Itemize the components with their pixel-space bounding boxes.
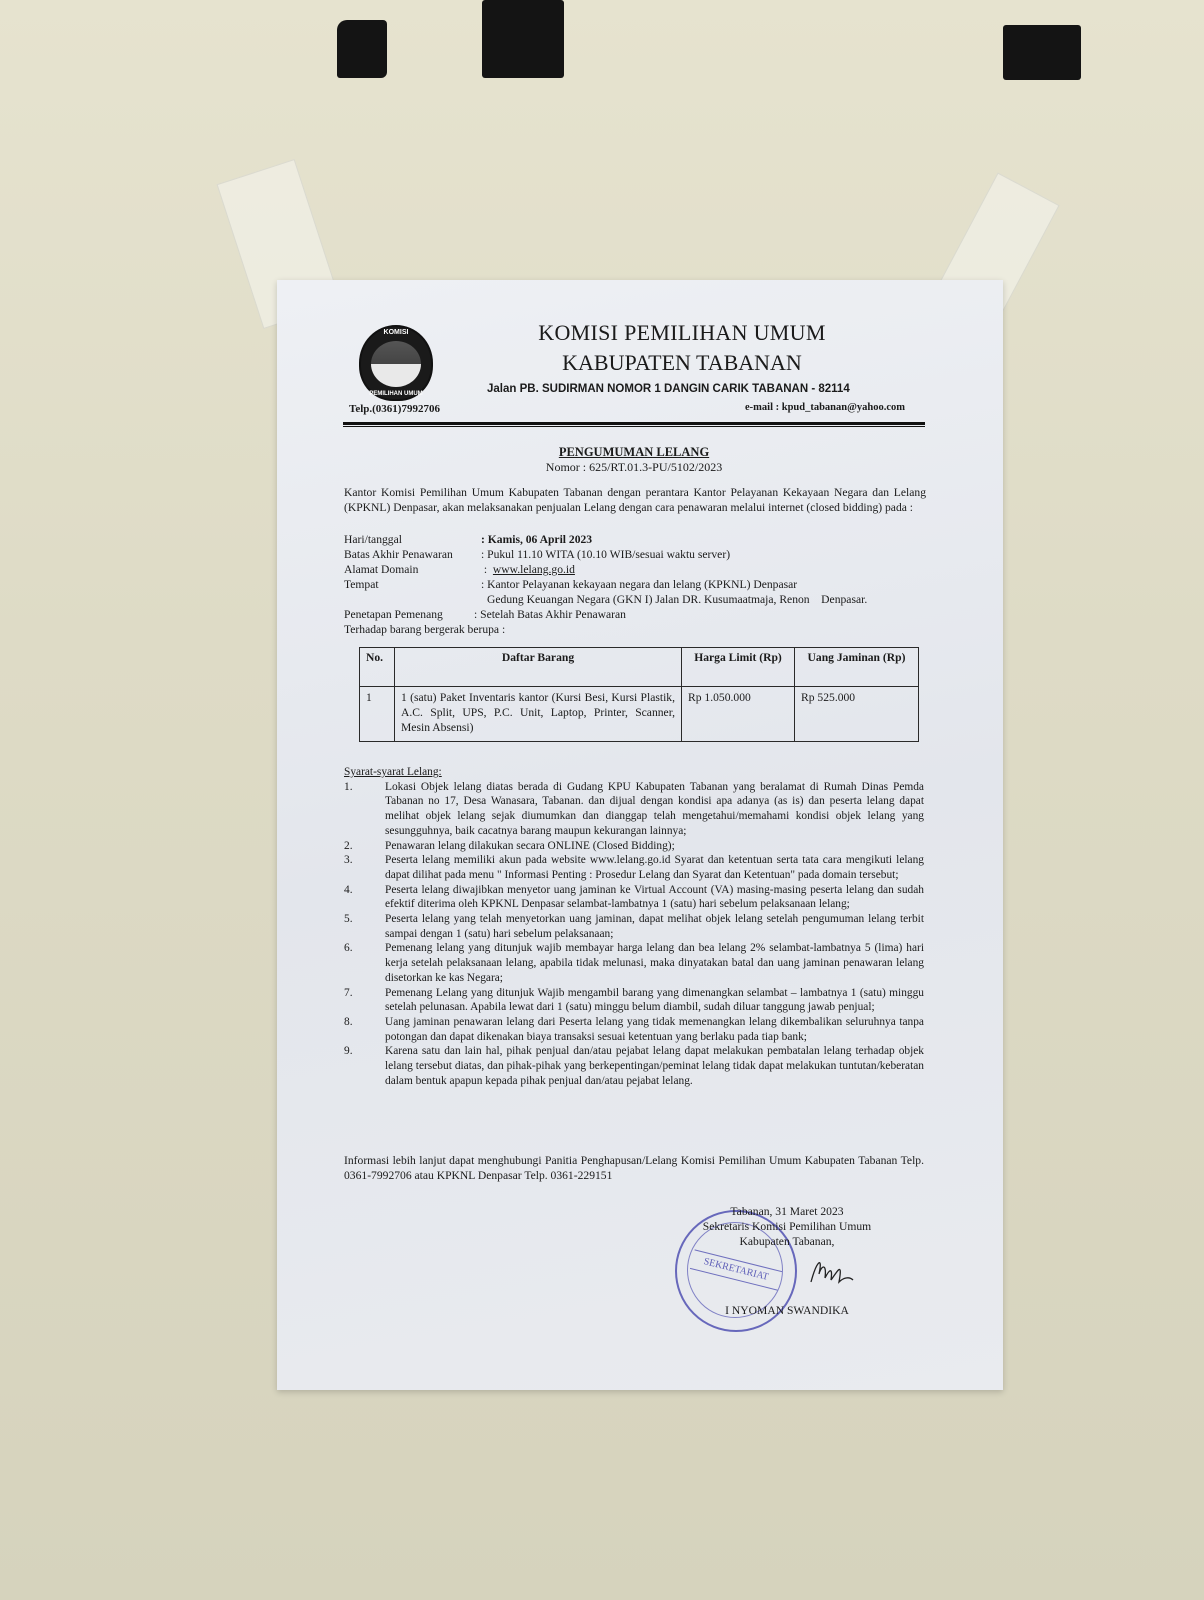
col-limit-price: Harga Limit (Rp)	[682, 648, 795, 687]
black-tape-right	[1003, 25, 1081, 80]
field-place: Tempat : Kantor Pelayanan kekayaan negar…	[344, 577, 944, 607]
col-no: No.	[360, 648, 395, 687]
field-domain: Alamat Domain : www.lelang.go.id	[344, 562, 944, 577]
list-item: 1.Lokasi Objek lelang diatas berada di G…	[344, 780, 924, 839]
org-email: e-mail : kpud_tabanan@yahoo.com	[745, 402, 905, 413]
intro-paragraph: Kantor Komisi Pemilihan Umum Kabupaten T…	[344, 485, 926, 515]
kpu-logo-icon: KOMISI PEMILIHAN UMUM	[359, 325, 433, 401]
org-telp: Telp.(0361)7992706	[349, 403, 440, 415]
domain-link[interactable]: www.lelang.go.id	[493, 563, 575, 576]
sign-place-date: Tabanan, 31 Maret 2023	[667, 1204, 907, 1219]
list-item: 4.Peserta lelang diwajibkan menyetor uan…	[344, 883, 924, 912]
col-items: Daftar Barang	[395, 648, 682, 687]
header-divider	[343, 422, 925, 425]
black-tape-left	[337, 20, 387, 78]
list-item: 3.Peserta lelang memiliki akun pada webs…	[344, 853, 924, 882]
list-item: 5.Peserta lelang yang telah menyetorkan …	[344, 912, 924, 941]
document-number: Nomor : 625/RT.01.3-PU/5102/2023	[343, 460, 925, 475]
terms-heading: Syarat-syarat Lelang:	[344, 765, 924, 780]
list-item: 6.Pemenang lelang yang ditunjuk wajib me…	[344, 941, 924, 985]
org-name: KOMISI PEMILIHAN UMUM	[457, 320, 907, 346]
field-date: Hari/tanggal : Kamis, 06 April 2023	[344, 532, 944, 547]
handwritten-signature-icon	[807, 1252, 857, 1288]
signature-block: Tabanan, 31 Maret 2023 Sekretaris Komisi…	[667, 1204, 907, 1249]
org-address: Jalan PB. SUDIRMAN NOMOR 1 DANGIN CARIK …	[487, 383, 850, 395]
field-deadline: Batas Akhir Penawaran : Pukul 11.10 WITA…	[344, 547, 944, 562]
sign-role: Sekretaris Komisi Pemilihan Umum	[667, 1219, 907, 1234]
list-item: 2.Penawaran lelang dilakukan secara ONLI…	[344, 839, 924, 854]
field-winner: Penetapan Pemenang : Setelah Batas Akhir…	[344, 607, 944, 622]
auction-details: Hari/tanggal : Kamis, 06 April 2023 Bata…	[344, 532, 944, 637]
list-item: 9.Karena satu dan lain hal, pihak penjua…	[344, 1044, 924, 1088]
table-row: 1 1 (satu) Paket Inventaris kantor (Kurs…	[360, 687, 919, 742]
signatory-name: I NYOMAN SWANDIKA	[667, 1304, 907, 1317]
auction-terms: Syarat-syarat Lelang: 1.Lokasi Objek lel…	[344, 765, 924, 1088]
col-deposit: Uang Jaminan (Rp)	[795, 648, 919, 687]
document-title: PENGUMUMAN LELANG	[343, 445, 925, 460]
goods-intro: Terhadap barang bergerak berupa :	[344, 622, 944, 637]
black-tape-center	[482, 0, 564, 78]
sign-role-region: Kabupaten Tabanan,	[667, 1234, 907, 1249]
goods-table: No. Daftar Barang Harga Limit (Rp) Uang …	[359, 647, 919, 742]
auction-announcement-paper: KOMISI PEMILIHAN UMUM KOMISI PEMILIHAN U…	[277, 280, 1003, 1390]
list-item: 8.Uang jaminan penawaran lelang dari Pes…	[344, 1015, 924, 1044]
list-item: 7.Pemenang Lelang yang ditunjuk Wajib me…	[344, 986, 924, 1015]
header-divider-thin	[343, 426, 925, 427]
org-region: KABUPATEN TABANAN	[457, 350, 907, 376]
closing-paragraph: Informasi lebih lanjut dapat menghubungi…	[344, 1153, 924, 1183]
